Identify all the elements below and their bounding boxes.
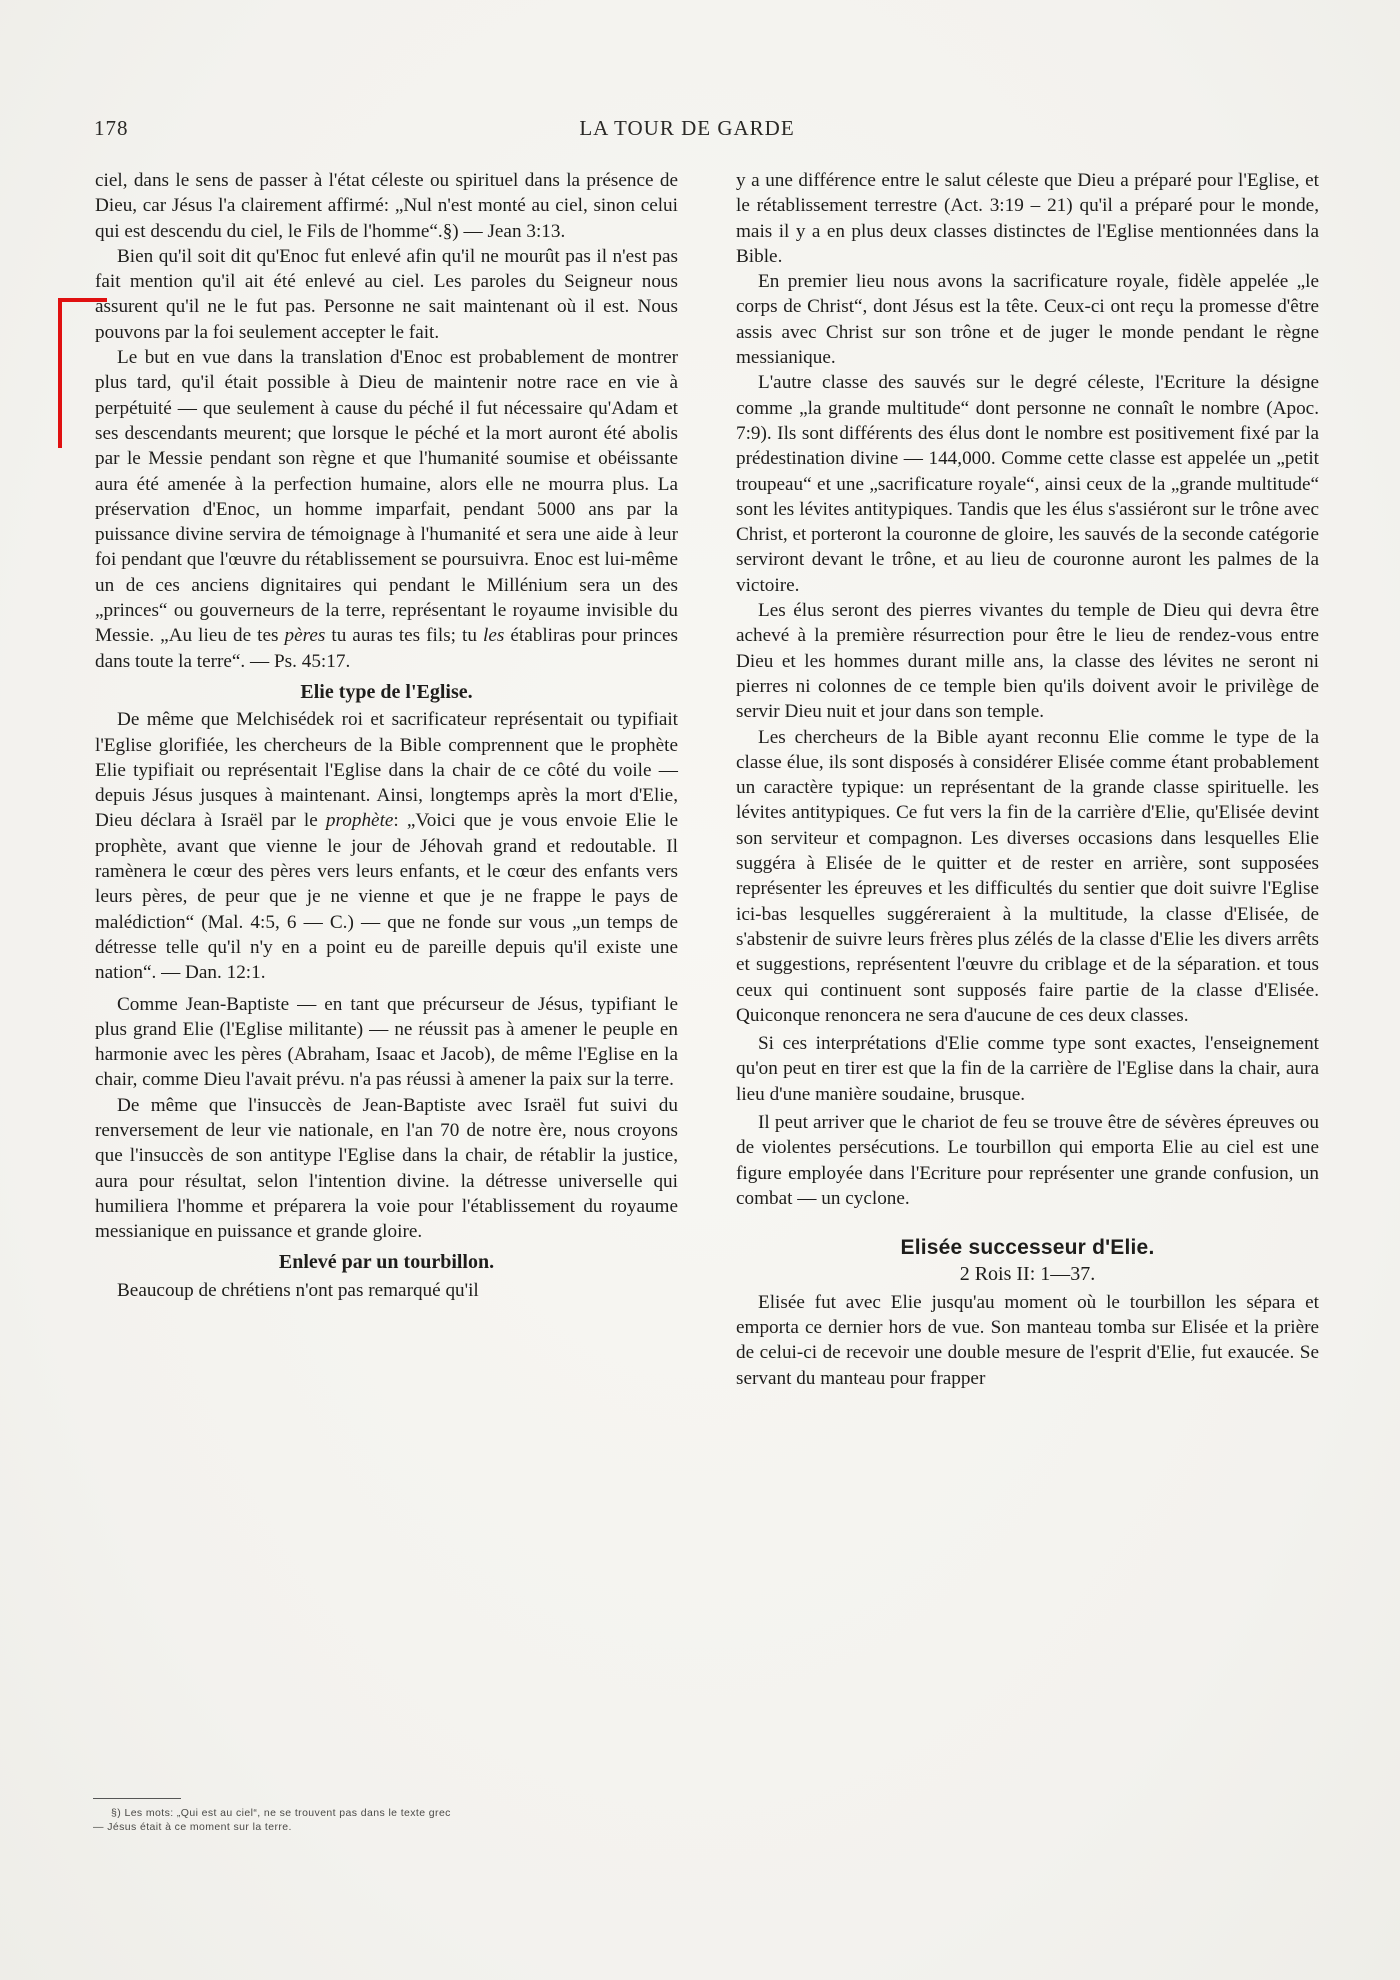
paragraph: Le but en vue dans la translation d'Enoc…	[95, 345, 678, 674]
footnote-rule	[93, 1798, 181, 1799]
paragraph: Si ces interprétations d'Elie comme type…	[736, 1031, 1319, 1107]
paragraph: Les élus seront des pierres vivantes du …	[736, 598, 1319, 724]
paragraph: L'autre classe des sauvés sur le degré c…	[736, 370, 1319, 598]
right-column: y a une différence entre le salut célest…	[736, 168, 1319, 1391]
footnote-line: §) Les mots: „Qui est au ciel“, ne se tr…	[93, 1806, 683, 1820]
paragraph: Comme Jean-Baptiste — en tant que précur…	[95, 992, 678, 1093]
paragraph: Il peut arriver que le chariot de feu se…	[736, 1110, 1319, 1211]
running-header: 178 LA TOUR DE GARDE	[94, 116, 1320, 142]
section-heading: Elie type de l'Eglise.	[95, 680, 678, 705]
paragraph: Les chercheurs de la Bible ayant reconnu…	[736, 725, 1319, 1029]
scripture-reference: 2 Rois II: 1—37.	[736, 1262, 1319, 1287]
footnote-line: — Jésus était à ce moment sur la terre.	[93, 1820, 683, 1834]
paragraph: De même que Melchisédek roi et sacrifica…	[95, 707, 678, 985]
section-heading: Enlevé par un tourbillon.	[95, 1250, 678, 1275]
red-margin-marker	[58, 298, 62, 448]
paragraph: Beaucoup de chrétiens n'ont pas remarqué…	[95, 1278, 678, 1303]
highlighted-paragraph: Bien qu'il soit dit qu'Enoc fut enlevé a…	[95, 244, 678, 345]
journal-title: LA TOUR DE GARDE	[94, 116, 1280, 141]
paragraph: y a une différence entre le salut célest…	[736, 168, 1319, 269]
scanned-page: 178 LA TOUR DE GARDE ciel, dans le sens …	[0, 0, 1400, 1980]
left-column: ciel, dans le sens de passer à l'état cé…	[95, 168, 678, 1303]
section-heading: Elisée successeur d'Elie.	[736, 1235, 1319, 1260]
footnote: §) Les mots: „Qui est au ciel“, ne se tr…	[93, 1806, 683, 1834]
paragraph: Elisée fut avec Elie jusqu'au moment où …	[736, 1290, 1319, 1391]
scan-speck	[1197, 993, 1200, 996]
paragraph: En premier lieu nous avons la sacrificat…	[736, 269, 1319, 370]
paragraph: ciel, dans le sens de passer à l'état cé…	[95, 168, 678, 244]
paragraph: De même que l'insuccès de Jean-Baptiste …	[95, 1093, 678, 1245]
